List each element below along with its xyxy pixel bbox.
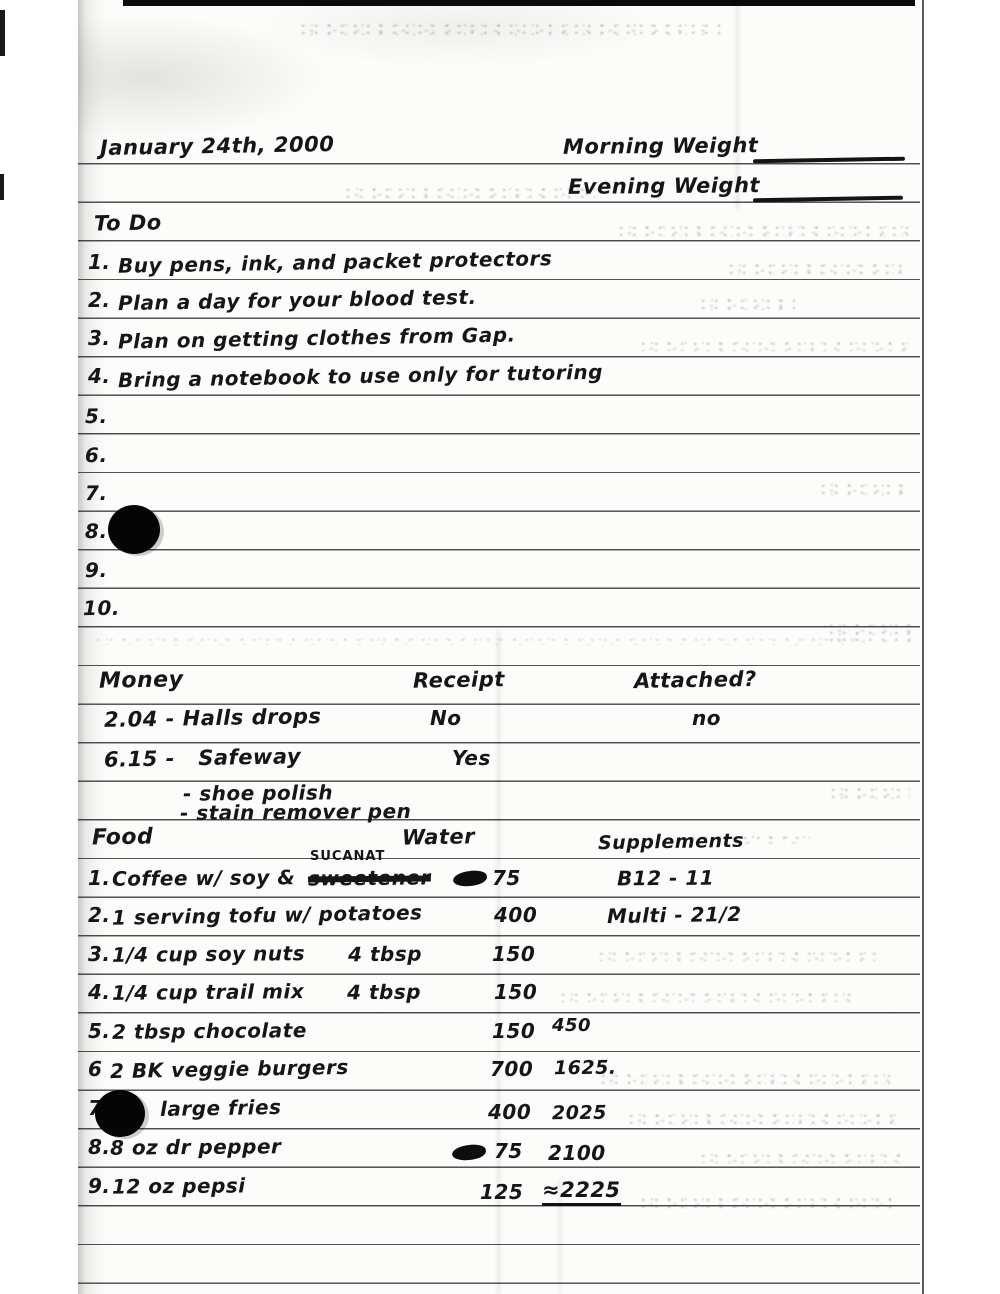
- food-row: 3. 1/4 cup soy nuts 4 tbsp 150: [0, 944, 1000, 980]
- todo-item-number: 8.: [85, 521, 108, 541]
- todo-item-number: 1.: [88, 252, 111, 272]
- hole-punch: [95, 1090, 145, 1137]
- money-attached-header: Attached?: [634, 669, 757, 692]
- food-row-water: 75: [492, 868, 521, 888]
- bleedthrough-smudge: [95, 636, 865, 645]
- todo-item-number: 6.: [85, 445, 108, 465]
- todo-item: 3. Plan on getting clothes from Gap.: [0, 328, 1000, 364]
- food-row-water: 700: [490, 1059, 533, 1079]
- bleedthrough-smudge: [300, 22, 720, 36]
- food-row-number: 2.: [88, 905, 111, 925]
- money-row: 6.15 - Safeway Yes: [0, 748, 1000, 784]
- food-row-desc: Coffee w/ soy &: [112, 867, 295, 889]
- todo-title: To Do: [94, 212, 162, 234]
- todo-item-text: Buy pens, ink, and packet protectors: [118, 248, 553, 276]
- food-row-water: 400: [494, 905, 537, 925]
- date-heading: January 24th, 2000: [100, 134, 335, 159]
- todo-item: 4. Bring a notebook to use only for tuto…: [0, 366, 1000, 402]
- food-row-desc: 2 tbsp chocolate: [112, 1020, 307, 1042]
- scan-edge-bar: [123, 0, 915, 6]
- food-row-supplement: B12 - 11: [617, 868, 714, 889]
- food-row-water: 75: [494, 1141, 523, 1161]
- todo-item-number: 2.: [88, 290, 111, 310]
- todo-item-number: 5.: [85, 406, 108, 426]
- food-row-running-total: 2025: [552, 1104, 607, 1123]
- food-row-running-total: 2100: [548, 1143, 606, 1163]
- food-row-number: 1.: [88, 868, 111, 888]
- food-row-desc: 2 BK veggie burgers: [110, 1057, 349, 1081]
- bleedthrough-smudge: [345, 186, 595, 198]
- food-row-number: 9.: [88, 1176, 111, 1196]
- bleedthrough-smudge: [820, 482, 910, 496]
- food-row-running-total: 1625.: [554, 1059, 617, 1079]
- food-annotation: SUCANAT: [310, 850, 385, 863]
- food-row: 6 2 BK veggie burgers 700 1625.: [0, 1059, 1000, 1095]
- bleedthrough-smudge: [830, 786, 910, 799]
- money-row: 2.04 - Halls drops No no: [0, 708, 1000, 744]
- money-row-receipt: Yes: [452, 748, 491, 768]
- hole-punch: [108, 505, 160, 554]
- food-row-qty: 4 tbsp: [347, 982, 421, 1003]
- todo-item-text: Plan on getting clothes from Gap.: [118, 325, 516, 352]
- food-row-number: 5.: [88, 1021, 111, 1041]
- todo-item: 1. Buy pens, ink, and packet protectors: [0, 252, 1000, 288]
- food-row: 7. large fries 400 2025: [0, 1098, 1000, 1134]
- money-title: Money: [99, 669, 184, 692]
- money-receipt-header: Receipt: [413, 669, 505, 692]
- food-row-water: 400: [488, 1102, 531, 1122]
- food-row: 4. 1/4 cup trail mix 4 tbsp 150: [0, 982, 1000, 1018]
- food-row: 2. 1 serving tofu w/ potatoes 400 Multi …: [0, 905, 1000, 941]
- evening-weight-label: Evening Weight: [568, 175, 760, 198]
- food-row: 8. 8 oz dr pepper 75 2100: [0, 1137, 1000, 1173]
- food-row-water: 150: [492, 1021, 535, 1041]
- todo-item-number: 9.: [85, 560, 108, 580]
- food-row-running-total: 450: [552, 1017, 591, 1035]
- food-row-number: 8.: [88, 1137, 111, 1157]
- bleedthrough-smudge: [828, 622, 913, 642]
- morning-weight-label: Morning Weight: [563, 135, 759, 158]
- money-row-attached: no: [692, 708, 721, 728]
- food-row-water: 150: [492, 944, 535, 964]
- money-subitem: - stain remover pen: [180, 801, 412, 823]
- todo-item-text: Bring a notebook to use only for tutorin…: [118, 362, 603, 390]
- food-row-water: 150: [494, 982, 537, 1002]
- money-row-desc: 6.15 - Safeway: [104, 746, 301, 770]
- money-row-desc: 2.04 - Halls drops: [104, 706, 322, 731]
- food-row-supplement: Multi - 21/2: [607, 904, 742, 926]
- food-row-running-total: ≈2225: [542, 1180, 621, 1206]
- food-row-number: 4.: [88, 982, 111, 1002]
- food-row-desc: large fries: [160, 1097, 282, 1119]
- scribbled-out-number: [452, 869, 487, 887]
- food-row-number: 6: [88, 1059, 102, 1079]
- food-row-water: 125: [480, 1182, 523, 1202]
- food-row: 1. Coffee w/ soy & sweetener 75 B12 - 11: [0, 868, 1000, 904]
- scan-edge-mark: [0, 10, 5, 56]
- todo-item-number: 7.: [85, 483, 108, 503]
- todo-item-number: 3.: [88, 328, 111, 348]
- food-row-struck-word: sweetener: [308, 867, 431, 888]
- scan-edge-mark: [0, 174, 4, 200]
- food-row: 5. 2 tbsp chocolate 150 450: [0, 1021, 1000, 1057]
- todo-item: 2. Plan a day for your blood test.: [0, 290, 1000, 326]
- food-row-number: 3.: [88, 944, 111, 964]
- money-row-receipt: No: [430, 708, 461, 728]
- todo-item-number: 10.: [83, 598, 120, 618]
- food-row-qty: 4 tbsp: [348, 944, 422, 965]
- todo-item-number: 4.: [88, 366, 111, 386]
- food-row-desc: 1/4 cup trail mix: [112, 981, 304, 1003]
- food-row-desc: 12 oz pepsi: [112, 1175, 246, 1196]
- food-row-desc: 8 oz dr pepper: [110, 1136, 281, 1157]
- bleedthrough-smudge: [618, 224, 908, 236]
- todo-item-text: Plan a day for your blood test.: [118, 287, 477, 313]
- food-title: Food: [92, 826, 154, 849]
- food-supplements-header: Supplements: [598, 832, 744, 854]
- scribbled-out-number: [451, 1143, 486, 1161]
- food-row-desc: 1 serving tofu w/ potatoes: [112, 902, 423, 927]
- food-row-desc: 1/4 cup soy nuts: [112, 943, 305, 965]
- food-row: 9. 12 oz pepsi 125 ≈2225: [0, 1176, 1000, 1212]
- food-water-header: Water: [402, 826, 475, 848]
